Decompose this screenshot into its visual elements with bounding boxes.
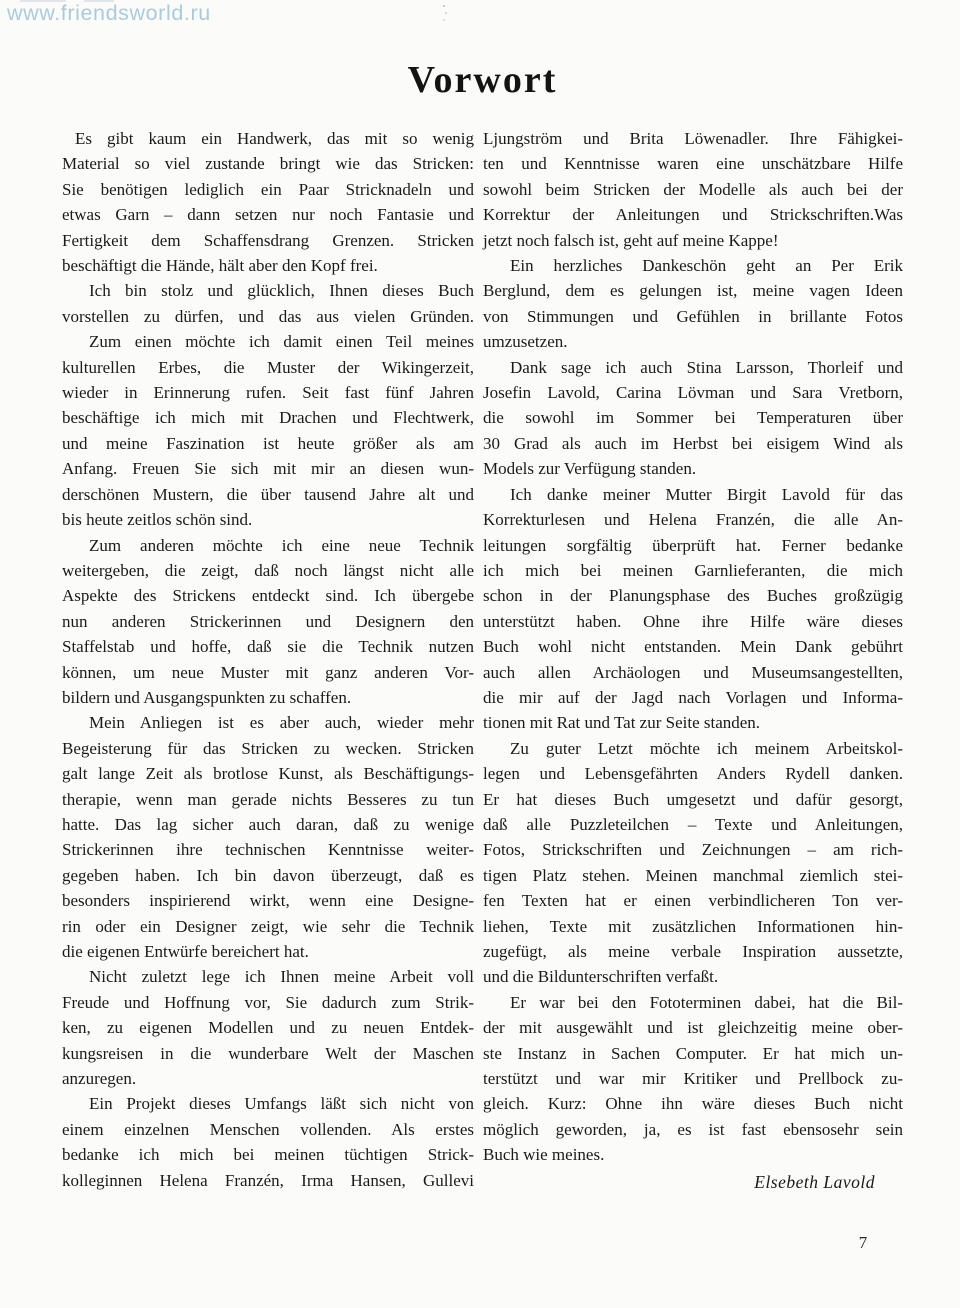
text-line: ken, zu eigenen Modellen und zu neuen En… <box>62 1015 474 1040</box>
text-line: hatte. Das lag sicher auch daran, daß zu… <box>62 812 474 837</box>
paragraph: Ljungström und Brita Löwenadler. Ihre Fä… <box>483 126 903 253</box>
text-line: und die Bildunterschriften verfaßt. <box>483 964 903 989</box>
text-line: Korrekturlesen und Helena Franzén, die a… <box>483 507 903 532</box>
text-line: ste Instanz in Sachen Computer. Er hat m… <box>483 1041 903 1066</box>
text-line: leitungen sorgfältig überprüft hat. Fern… <box>483 533 903 558</box>
text-line: Ich bin stolz und glücklich, Ihnen diese… <box>62 278 474 303</box>
text-column-left: Es gibt kaum ein Handwerk, das mit so we… <box>62 126 474 1195</box>
text-line: Ich danke meiner Mutter Birgit Lavold fü… <box>483 482 903 507</box>
scan-artifact <box>443 5 445 7</box>
text-line: auch allen Archäologen und Museumsangest… <box>483 660 903 685</box>
text-line: Er hat dieses Buch umgesetzt und dafür g… <box>483 787 903 812</box>
watermark-text: www.friendsworld.ru <box>7 1 211 26</box>
text-line: die mir auf der Jagd nach Vorlagen und I… <box>483 685 903 710</box>
text-line: Freude und Hoffnung vor, Sie dadurch zum… <box>62 990 474 1015</box>
text-line: fen Texten hat er einen verbindlicheren … <box>483 888 903 913</box>
text-line: ich mich bei meinen Garnlieferanten, die… <box>483 558 903 583</box>
scan-artifact <box>20 0 66 2</box>
text-line: einem einzelnen Menschen vollenden. Als … <box>62 1117 474 1142</box>
text-line: wieder in Erinnerung rufen. Seit fast fü… <box>62 380 474 405</box>
text-line: legen und Lebensgefährten Anders Rydell … <box>483 761 903 786</box>
text-line: Aspekte des Strickens entdeckt sind. Ich… <box>62 583 474 608</box>
text-line: Sie benötigen lediglich ein Paar Strickn… <box>62 177 474 202</box>
text-line: und meine Faszination ist heute größer a… <box>62 431 474 456</box>
page-title: Vorwort <box>62 58 903 102</box>
text-line: tionen mit Rat und Tat zur Seite standen… <box>483 710 903 735</box>
text-line: Er war bei den Fototerminen dabei, hat d… <box>483 990 903 1015</box>
text-line: die sowohl im Sommer bei Temperaturen üb… <box>483 405 903 430</box>
text-line: anzuregen. <box>62 1066 474 1091</box>
text-line: Korrektur der Anleitungen und Strickschr… <box>483 202 903 227</box>
text-line: 30 Grad als auch im Herbst bei eisigem W… <box>483 431 903 456</box>
paragraph: Ein Projekt dieses Umfangs läßt sich nic… <box>62 1091 474 1193</box>
text-line: Ein Projekt dieses Umfangs läßt sich nic… <box>62 1091 474 1116</box>
text-line: Staffelstab und hoffe, daß sie die Techn… <box>62 634 474 659</box>
paragraph: Zum einen möchte ich damit einen Teil me… <box>62 329 474 532</box>
text-line: der mit ausgewählt und ist gleichzeitig … <box>483 1015 903 1040</box>
paragraph: Nicht zuletzt lege ich Ihnen meine Arbei… <box>62 964 474 1091</box>
text-line: beschäftigt die Hände, hält aber den Kop… <box>62 253 474 278</box>
text-line: Models zur Verfügung standen. <box>483 456 903 481</box>
text-line: galt lange Zeit als brotlose Kunst, als … <box>62 761 474 786</box>
text-line: Josefin Lavold, Carina Lövman und Sara V… <box>483 380 903 405</box>
text-line: ten und Kenntnisse waren eine unschätzba… <box>483 151 903 176</box>
text-line: Material so viel zustande bringt wie das… <box>62 151 474 176</box>
text-line: daß alle Puzzleteilchen – Texte und Anle… <box>483 812 903 837</box>
paragraph: Ein herzliches Dankeschön geht an Per Er… <box>483 253 903 355</box>
text-line: nun anderen Strickerinnen und Designern … <box>62 609 474 634</box>
text-line: Mein Anliegen ist es aber auch, wieder m… <box>62 710 474 735</box>
text-line: sowohl beim Stricken der Modelle als auc… <box>483 177 903 202</box>
text-line: weitergeben, die zeigt, daß noch längst … <box>62 558 474 583</box>
text-line: vorstellen zu dürfen, und das aus vielen… <box>62 304 474 329</box>
text-line: therapie, wenn man gerade nichts Bessere… <box>62 787 474 812</box>
text-line: gegeben haben. Ich bin davon überzeugt, … <box>62 863 474 888</box>
text-line: Zum einen möchte ich damit einen Teil me… <box>62 329 474 354</box>
text-line: liehen, Texte mit zusätzlichen Informati… <box>483 914 903 939</box>
text-line: Zu guter Letzt möchte ich meinem Arbeits… <box>483 736 903 761</box>
text-line: die eigenen Entwürfe bereichert hat. <box>62 939 474 964</box>
text-line: Anfang. Freuen Sie sich mit mir an diese… <box>62 456 474 481</box>
text-line: Berglund, dem es gelungen ist, meine vag… <box>483 278 903 303</box>
text-line: besonders inspirierend wirkt, wenn eine … <box>62 888 474 913</box>
text-line: etwas Garn – dann setzen nur noch Fantas… <box>62 202 474 227</box>
text-line: bis heute zeitlos schön sind. <box>62 507 474 532</box>
text-line: Fertigkeit dem Schaffensdrang Grenzen. S… <box>62 228 474 253</box>
text-line: Ein herzliches Dankeschön geht an Per Er… <box>483 253 903 278</box>
author-signature: Elsebeth Lavold <box>483 1170 903 1195</box>
paragraph: Er war bei den Fototerminen dabei, hat d… <box>483 990 903 1168</box>
text-line: Nicht zuletzt lege ich Ihnen meine Arbei… <box>62 964 474 989</box>
text-line: bildern und Ausgangspunkten zu schaffen. <box>62 685 474 710</box>
text-line: möglich geworden, ja, es ist fast ebenso… <box>483 1117 903 1142</box>
text-line: Strickerinnen ihre technischen Kenntniss… <box>62 837 474 862</box>
text-line: von Stimmungen und Gefühlen in brillante… <box>483 304 903 329</box>
text-line: tigen Platz stehen. Meinen manchmal ziem… <box>483 863 903 888</box>
text-line: kulturellen Erbes, die Muster der Wiking… <box>62 355 474 380</box>
text-line: Es gibt kaum ein Handwerk, das mit so we… <box>62 126 474 151</box>
paragraph: Ich bin stolz und glücklich, Ihnen diese… <box>62 278 474 329</box>
text-line: rin oder ein Designer zeigt, wie sehr di… <box>62 914 474 939</box>
text-line: schon in der Planungsphase des Buches gr… <box>483 583 903 608</box>
paragraph: Mein Anliegen ist es aber auch, wieder m… <box>62 710 474 964</box>
text-line: Buch wohl nicht entstanden. Mein Dank ge… <box>483 634 903 659</box>
text-line: gleich. Kurz: Ohne ihn wäre dieses Buch … <box>483 1091 903 1116</box>
text-line: jetzt noch falsch ist, geht auf meine Ka… <box>483 228 903 253</box>
text-line: derschönen Mustern, die über tausend Jah… <box>62 482 474 507</box>
text-line: kungsreisen in die wunderbare Welt der M… <box>62 1041 474 1066</box>
text-line: Begeisterung für das Stricken zu wecken.… <box>62 736 474 761</box>
text-line: umzusetzen. <box>483 329 903 354</box>
text-line: Zum anderen möchte ich eine neue Technik <box>62 533 474 558</box>
paragraph: Zum anderen möchte ich eine neue Technik… <box>62 533 474 711</box>
text-columns: Es gibt kaum ein Handwerk, das mit so we… <box>62 126 903 1195</box>
scan-artifact <box>84 0 114 2</box>
book-page: www.friendsworld.ru Vorwort Es gibt kaum… <box>0 0 960 1308</box>
text-line: unterstützt haben. Ohne ihre Hilfe wäre … <box>483 609 903 634</box>
page-number: 7 <box>852 1233 874 1253</box>
text-line: terstützt und war mir Kritiker und Prell… <box>483 1066 903 1091</box>
text-line: kolleginnen Helena Franzén, Irma Hansen,… <box>62 1168 474 1193</box>
text-line: Ljungström und Brita Löwenadler. Ihre Fä… <box>483 126 903 151</box>
paragraph: Zu guter Letzt möchte ich meinem Arbeits… <box>483 736 903 990</box>
text-line: Fotos, Strickschriften und Zeichnungen –… <box>483 837 903 862</box>
text-line: bedanke ich mich bei meinen tüchtigen St… <box>62 1142 474 1167</box>
paragraph: Ich danke meiner Mutter Birgit Lavold fü… <box>483 482 903 736</box>
text-line: zugefügt, als meine verbale Inspiration … <box>483 939 903 964</box>
paragraph: Es gibt kaum ein Handwerk, das mit so we… <box>62 126 474 278</box>
text-column-right: Ljungström und Brita Löwenadler. Ihre Fä… <box>483 126 903 1195</box>
text-line: Buch wie meines. <box>483 1142 903 1167</box>
text-line: beschäftige ich mich mit Drachen und Fle… <box>62 405 474 430</box>
text-line: können, um neue Muster mit ganz anderen … <box>62 660 474 685</box>
paragraph: Dank sage ich auch Stina Larsson, Thorle… <box>483 355 903 482</box>
text-line: Dank sage ich auch Stina Larsson, Thorle… <box>483 355 903 380</box>
